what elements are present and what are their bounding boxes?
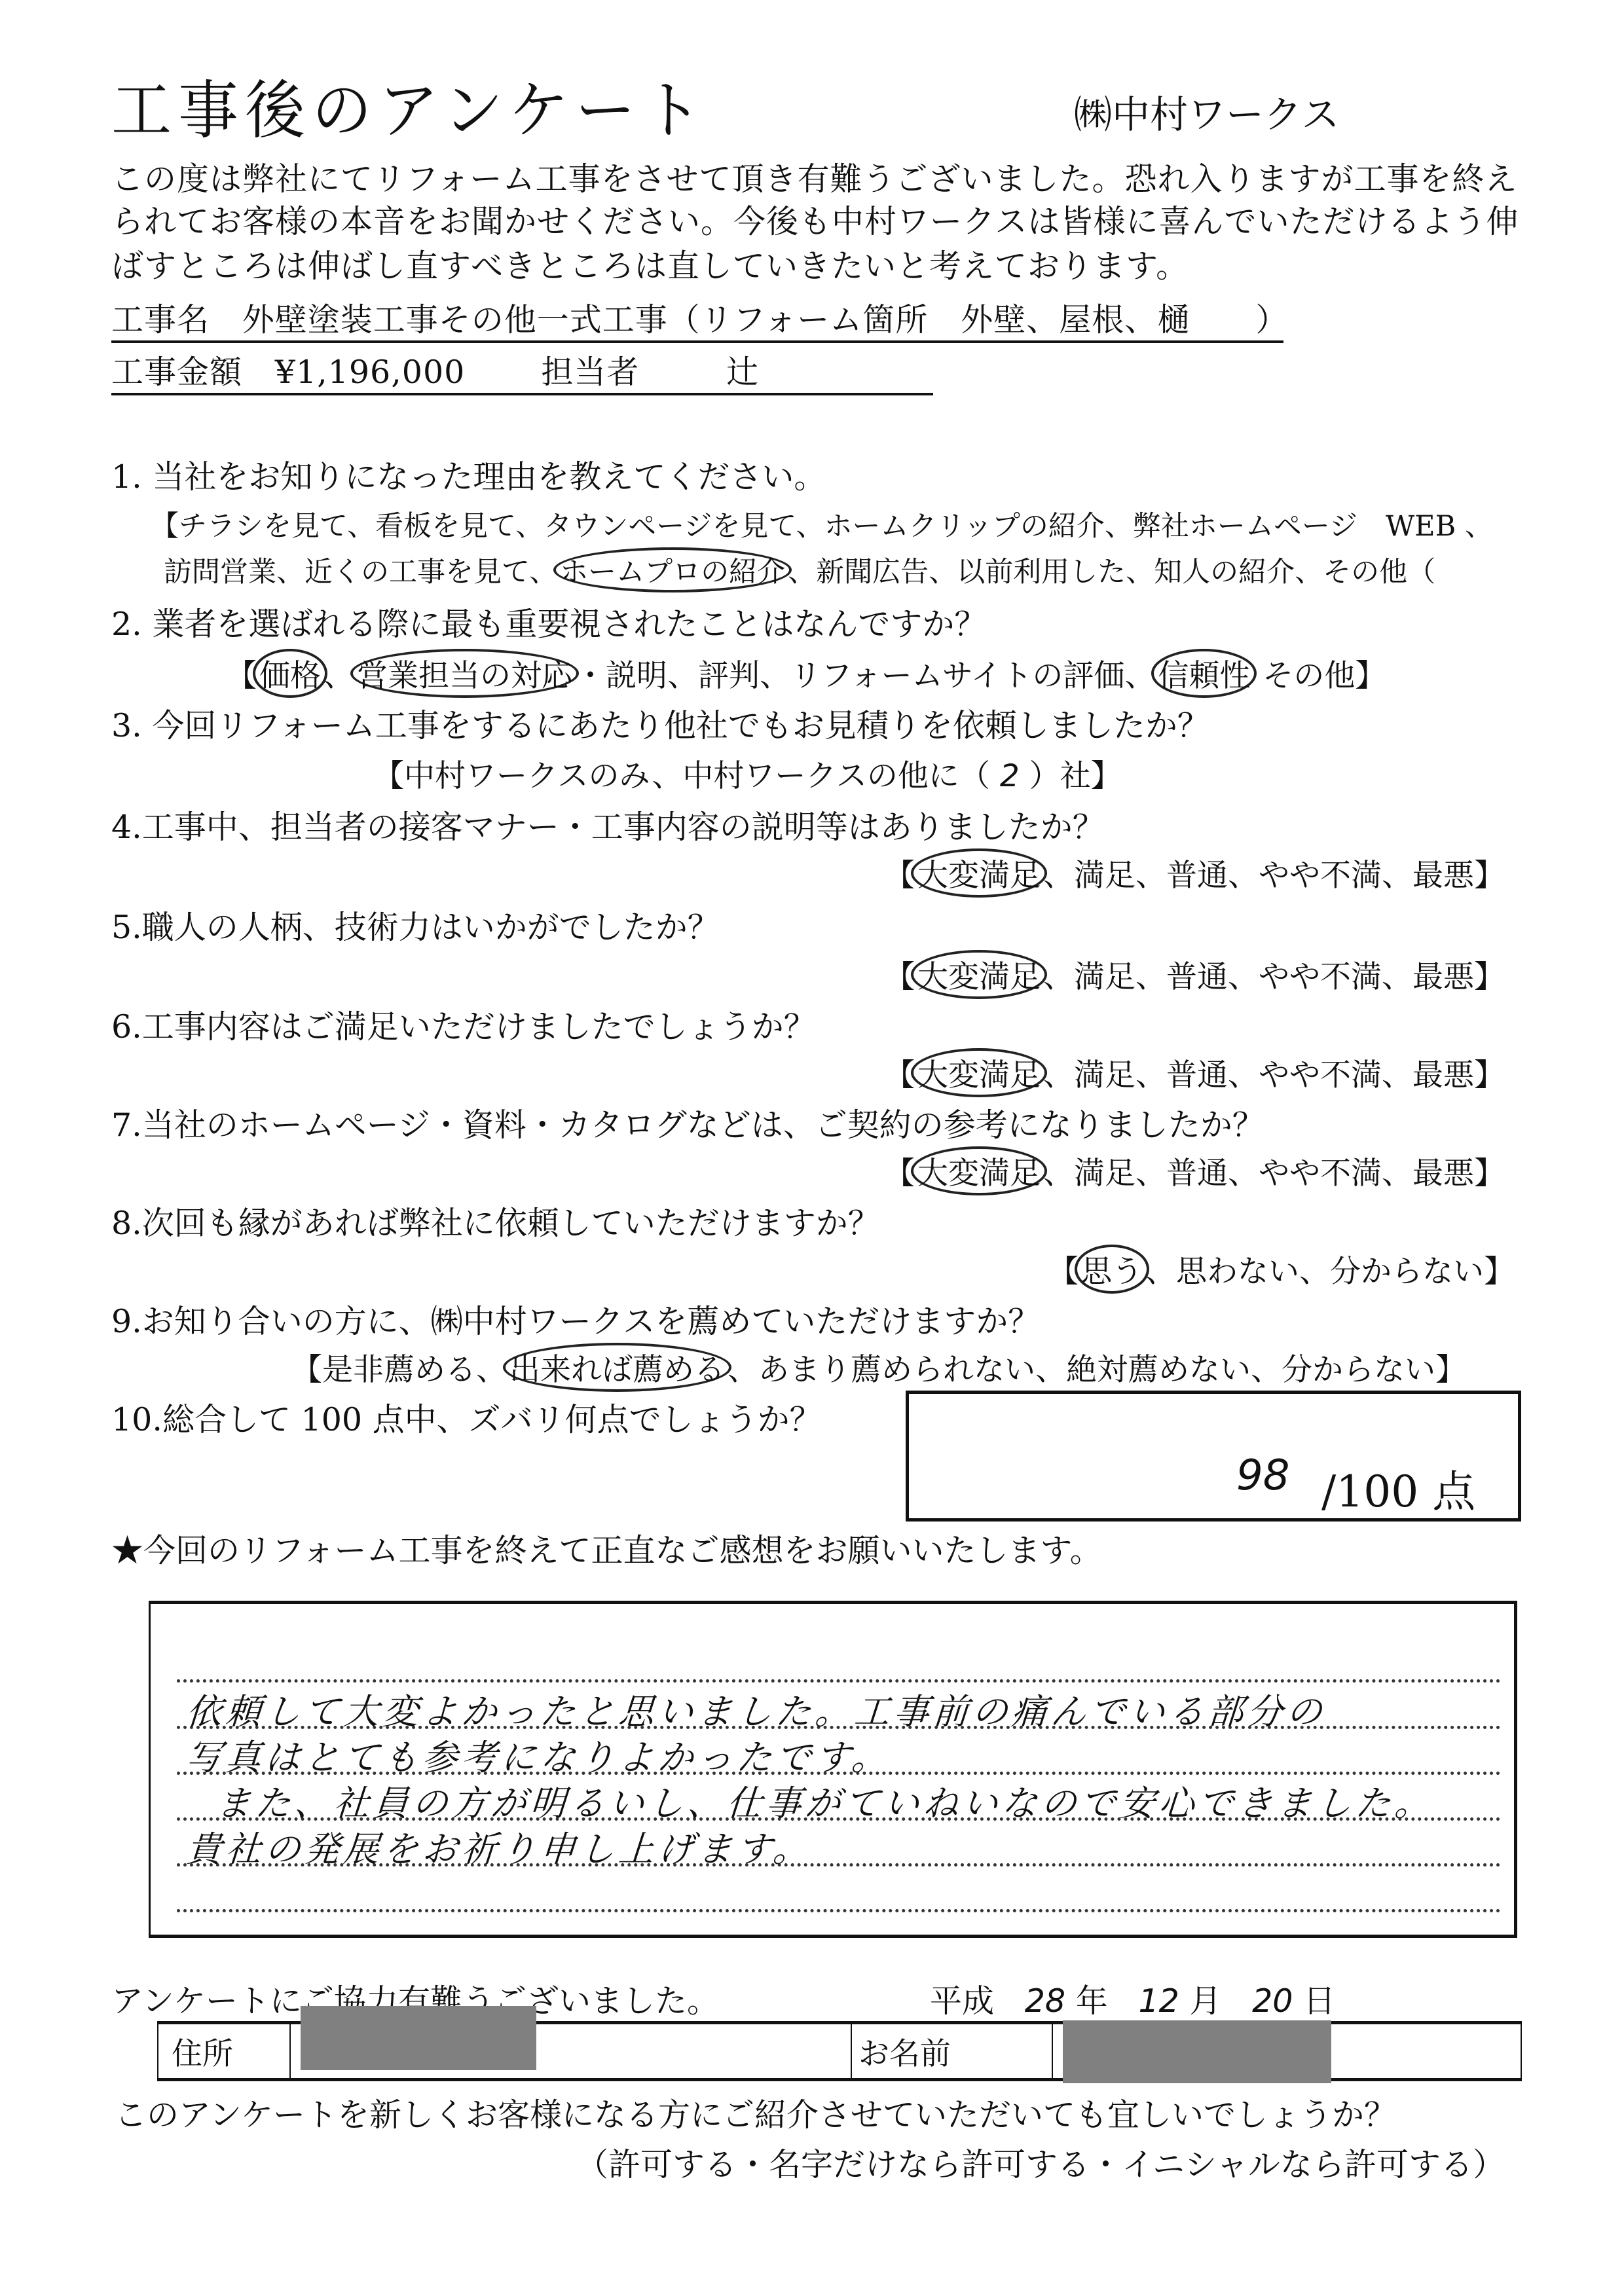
- q3-other-count[interactable]: 2: [1000, 758, 1020, 794]
- address-field[interactable]: [291, 2024, 852, 2078]
- name-field[interactable]: [1053, 2024, 1521, 2078]
- comment-line-3: また、社員の方が明るいし、仕事がていねいなので安心できました。: [214, 1776, 1435, 1826]
- comment-line-4: 貴社の発展をお祈り申し上げます。: [185, 1821, 814, 1872]
- question-text: 総合して 100 点中、ズバリ何点でしょうか？: [162, 1401, 822, 1438]
- question-number: 1.: [111, 458, 142, 496]
- q1-option-text: 、新聞広告、以前利用した、知人の紹介、その他（ ）】: [788, 556, 1624, 589]
- question-9: 9.お知り合いの方に、㈱中村ワークスを薦めていただけますか？: [111, 1296, 1040, 1342]
- question-2: 2. 業者を選ばれる際に最も重要視されたことはなんですか？: [111, 599, 986, 645]
- date-day[interactable]: 20: [1252, 1982, 1293, 2020]
- date-year[interactable]: 28: [1025, 1982, 1065, 2020]
- question-text: 当社をお知りになった理由を教えてください。: [152, 458, 826, 496]
- q4-other-options: 、満足、普通、やや不満、最悪】: [1043, 858, 1505, 894]
- q2-option-site-rating[interactable]: リフォームサイトの評価: [790, 658, 1124, 694]
- q4-selected-option[interactable]: 大変満足: [911, 848, 1047, 898]
- intro-line-2: られてお客様の本音をお聞かせください。今後も中村ワークスは皆様に喜んでいただける…: [111, 196, 1519, 242]
- question-number: 7.: [111, 1106, 142, 1144]
- permission-question: このアンケートを新しくお客様になる方にご紹介させていただいても宜しいでしょうか？: [115, 2090, 1396, 2136]
- project-name-value: 外壁塗装工事その他一式工事（リフォーム箇所 外壁、屋根、樋 ）: [242, 301, 1289, 338]
- question-text: 業者を選ばれる際に最も重要視されたことはなんですか？: [152, 606, 986, 643]
- intro-line-3: ばすところは伸ばし直すべきところは直していきたいと考えております。: [111, 241, 1189, 287]
- comment-line-2: 写真はとても参考になりよかったです。: [185, 1730, 893, 1780]
- q2-options: 【価格、営業担当の対応・説明、評判、リフォームサイトの評価、信頼性 その他】: [226, 651, 1386, 695]
- q6-other-options: 、満足、普通、やや不満、最悪】: [1043, 1057, 1505, 1093]
- question-10: 10.総合して 100 点中、ズバリ何点でしょうか？: [111, 1394, 822, 1440]
- question-text: お知り合いの方に、㈱中村ワークスを薦めていただけますか？: [142, 1303, 1041, 1340]
- q2-option-explanation[interactable]: 説明: [606, 658, 667, 694]
- redacted-address: [301, 2006, 536, 2070]
- score-suffix: /100 点: [1321, 1457, 1475, 1519]
- person-value: 辻: [726, 354, 759, 391]
- q8-options: 【思う、思わない、分からない】: [1048, 1247, 1515, 1291]
- project-name-row: 工事名 外壁塗装工事その他一式工事（リフォーム箇所 外壁、屋根、樋 ）: [111, 295, 1283, 343]
- q4-options: 【大変満足、満足、普通、やや不満、最悪】: [884, 851, 1505, 895]
- q9-options: 【是非薦める、出来れば薦める、あまり薦められない、絶対薦めない、分からない】: [291, 1345, 1466, 1389]
- person-label: 担当者: [541, 354, 639, 391]
- q1-option-text: 訪問営業、近くの工事を見て、: [164, 556, 557, 589]
- q6-options: 【大変満足、満足、普通、やや不満、最悪】: [884, 1051, 1505, 1095]
- q5-other-options: 、満足、普通、やや不満、最悪】: [1043, 959, 1505, 995]
- question-number: 10.: [111, 1401, 162, 1438]
- q1-selected-option[interactable]: ホームプロの紹介: [553, 547, 792, 592]
- name-label: お名前: [858, 2030, 951, 2073]
- q9-selected-option[interactable]: 出来れば薦める: [503, 1343, 731, 1392]
- permission-options[interactable]: （許可する・名字だけなら許可する・イニシャルなら許可する）: [576, 2140, 1505, 2185]
- project-amount-row: 工事金額 ¥1,196,000 担当者 辻: [111, 347, 933, 395]
- address-label-cell: 住所: [158, 2024, 291, 2078]
- q3-option-text: 【中村ワークスのみ、中村ワークスの他に（: [373, 758, 990, 794]
- score-value[interactable]: 98: [1236, 1451, 1289, 1500]
- q9-option-text: 【是非薦める、: [291, 1352, 507, 1388]
- comment-prompt: ★今回のリフォーム工事を終えて正直なご感想をお願いいたします。: [111, 1525, 1102, 1571]
- q7-options: 【大変満足、満足、普通、やや不満、最悪】: [884, 1149, 1505, 1193]
- question-text: 今回リフォーム工事をするにあたり他社でもお見積りを依頼しましたか？: [152, 707, 1209, 744]
- amount-label: 工事金額: [111, 354, 242, 391]
- q7-selected-option[interactable]: 大変満足: [911, 1146, 1047, 1195]
- q2-option-sales-response[interactable]: 営業担当の対応: [350, 649, 579, 698]
- month-label: 月: [1189, 1982, 1221, 2020]
- q3-options: 【中村ワークスのみ、中村ワークスの他に（ 2 ）社】: [373, 752, 1122, 795]
- question-number: 4.: [111, 809, 142, 846]
- question-text: 当社のホームページ・資料・カタログなどは、ご契約の参考になりましたか？: [142, 1106, 1264, 1144]
- date-month[interactable]: 12: [1138, 1982, 1179, 2020]
- question-number: 5.: [111, 909, 142, 946]
- comment-box[interactable]: 依頼して大変よかったと思いました。工事前の痛んでいる部分の 写真はとても参考にな…: [149, 1601, 1517, 1938]
- q2-option-trust[interactable]: 信頼性: [1151, 649, 1257, 698]
- question-number: 2.: [111, 606, 142, 643]
- question-text: 次回も縁があれば弊社に依頼していただけますか？: [142, 1205, 880, 1242]
- question-text: 工事中、担当者の接客マナー・工事内容の説明等はありましたか？: [142, 809, 1105, 846]
- q2-option-reputation[interactable]: 評判: [698, 658, 760, 694]
- day-label: 日: [1303, 1982, 1335, 2020]
- q5-selected-option[interactable]: 大変満足: [911, 950, 1047, 999]
- q5-options: 【大変満足、満足、普通、やや不満、最悪】: [884, 953, 1505, 996]
- address-label: 住所: [172, 2030, 233, 2073]
- date-era: 平成: [930, 1982, 994, 2020]
- q1-options-line1: 【チラシを見て、看板を見て、タウンページを見て、ホームクリップの紹介、弊社ホーム…: [151, 504, 1493, 544]
- question-3: 3. 今回リフォーム工事をするにあたり他社でもお見積りを依頼しましたか？: [111, 701, 1209, 746]
- question-4: 4.工事中、担当者の接客マナー・工事内容の説明等はありましたか？: [111, 802, 1105, 848]
- question-7: 7.当社のホームページ・資料・カタログなどは、ご契約の参考になりましたか？: [111, 1100, 1264, 1146]
- q7-other-options: 、満足、普通、やや不満、最悪】: [1043, 1156, 1505, 1192]
- question-number: 8.: [111, 1205, 142, 1242]
- question-text: 工事内容はご満足いただけましたでしょうか？: [142, 1008, 816, 1046]
- question-number: 6.: [111, 1008, 142, 1046]
- amount-value: ¥1,196,000: [275, 354, 466, 391]
- q8-selected-option[interactable]: 思う: [1075, 1245, 1149, 1294]
- name-label-cell: お名前: [852, 2024, 1053, 2078]
- q3-option-text: ）社】: [1029, 758, 1122, 794]
- date-row: 平成 28 年 12 月 20 日: [930, 1976, 1335, 2022]
- question-6: 6.工事内容はご満足いただけましたでしょうか？: [111, 1002, 816, 1048]
- question-1: 1. 当社をお知りになった理由を教えてください。: [111, 452, 826, 498]
- q2-option-other[interactable]: その他: [1263, 658, 1355, 694]
- q1-options-line2: 訪問営業、近くの工事を見て、ホームプロの紹介、新聞広告、以前利用した、知人の紹介…: [164, 550, 1624, 590]
- question-text: 職人の人柄、技術力はいかがでしたか？: [142, 909, 720, 946]
- dotted-rule: [177, 1679, 1501, 1683]
- question-number: 9.: [111, 1303, 142, 1340]
- q8-other-options: 、思わない、分からない】: [1145, 1254, 1515, 1290]
- company-name: ㈱中村ワークス: [1074, 84, 1339, 139]
- redacted-name: [1063, 2020, 1331, 2083]
- score-box[interactable]: 98 /100 点: [906, 1391, 1521, 1522]
- q2-option-price[interactable]: 価格: [253, 649, 327, 698]
- question-8: 8.次回も縁があれば弊社に依頼していただけますか？: [111, 1198, 880, 1244]
- q6-selected-option[interactable]: 大変満足: [911, 1048, 1047, 1097]
- project-name-label: 工事名: [111, 301, 210, 338]
- contact-table: 住所 お名前: [157, 2021, 1522, 2081]
- page-title: 工事後のアンケート: [111, 60, 709, 151]
- intro-line-1: この度は弊社にてリフォーム工事をさせて頂き有難うございました。恐れ入りますが工事…: [111, 154, 1518, 200]
- dotted-rule: [177, 1909, 1501, 1912]
- question-number: 3.: [111, 707, 142, 744]
- question-5: 5.職人の人柄、技術力はいかがでしたか？: [111, 902, 720, 948]
- q9-other-options: 、あまり薦められない、絶対薦めない、分からない】: [728, 1352, 1466, 1388]
- comment-line-1: 依頼して大変よかったと思いました。工事前の痛んでいる部分の: [185, 1684, 1327, 1734]
- year-label: 年: [1076, 1982, 1108, 2020]
